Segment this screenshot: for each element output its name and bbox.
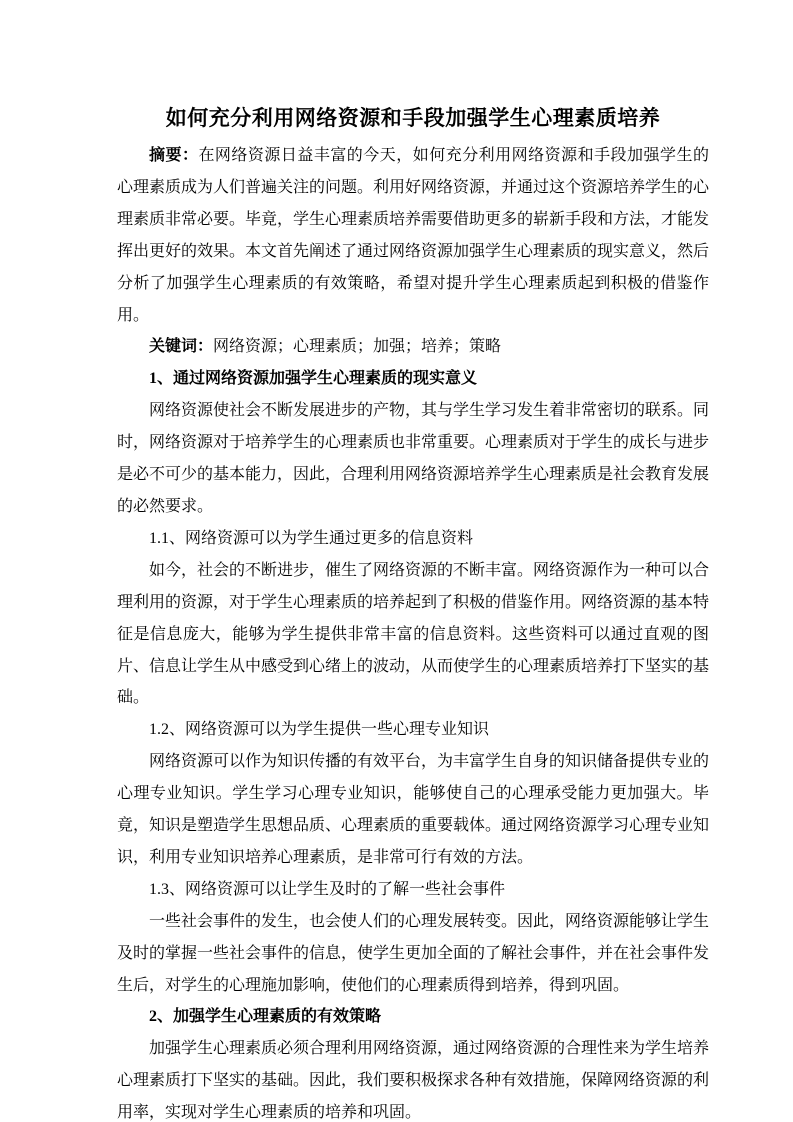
section-2-heading: 2、加强学生心理素质的有效策略 (117, 1001, 709, 1033)
document-title: 如何充分利用网络资源和手段加强学生心理素质培养 (117, 104, 709, 132)
keywords-text: 网络资源；心理素质；加强；培养；策略 (213, 338, 501, 355)
subsection-1-2-heading: 1.2、网络资源可以为学生提供一些心理专业知识 (117, 714, 709, 746)
keywords-line: 关键词：网络资源；心理素质；加强；培养；策略 (117, 331, 709, 363)
abstract-label: 摘要： (149, 147, 198, 164)
section-1-heading: 1、通过网络资源加强学生心理素质的现实意义 (117, 363, 709, 395)
abstract-text: 在网络资源日益丰富的今天，如何充分利用网络资源和手段加强学生的心理素质成为人们普… (117, 147, 709, 324)
abstract-paragraph: 摘要：在网络资源日益丰富的今天，如何充分利用网络资源和手段加强学生的心理素质成为… (117, 140, 709, 331)
keywords-label: 关键词： (149, 338, 213, 355)
document-page: 如何充分利用网络资源和手段加强学生心理素质培养 摘要：在网络资源日益丰富的今天，… (0, 0, 793, 1122)
section-1-paragraph: 网络资源使社会不断发展进步的产物，其与学生学习发生着非常密切的联系。同时，网络资… (117, 395, 709, 523)
section-2-paragraph: 加强学生心理素质必须合理利用网络资源，通过网络资源的合理性来为学生培养心理素质打… (117, 1033, 709, 1122)
subsection-1-1-paragraph: 如今，社会的不断进步，催生了网络资源的不断丰富。网络资源作为一种可以合理利用的资… (117, 555, 709, 715)
subsection-1-2-paragraph: 网络资源可以作为知识传播的有效平台，为丰富学生自身的知识储备提供专业的心理专业知… (117, 746, 709, 874)
subsection-1-1-heading: 1.1、网络资源可以为学生通过更多的信息资料 (117, 523, 709, 555)
subsection-1-3-paragraph: 一些社会事件的发生，也会使人们的心理发展转变。因此，网络资源能够让学生及时的掌握… (117, 906, 709, 1002)
subsection-1-3-heading: 1.3、网络资源可以让学生及时的了解一些社会事件 (117, 874, 709, 906)
